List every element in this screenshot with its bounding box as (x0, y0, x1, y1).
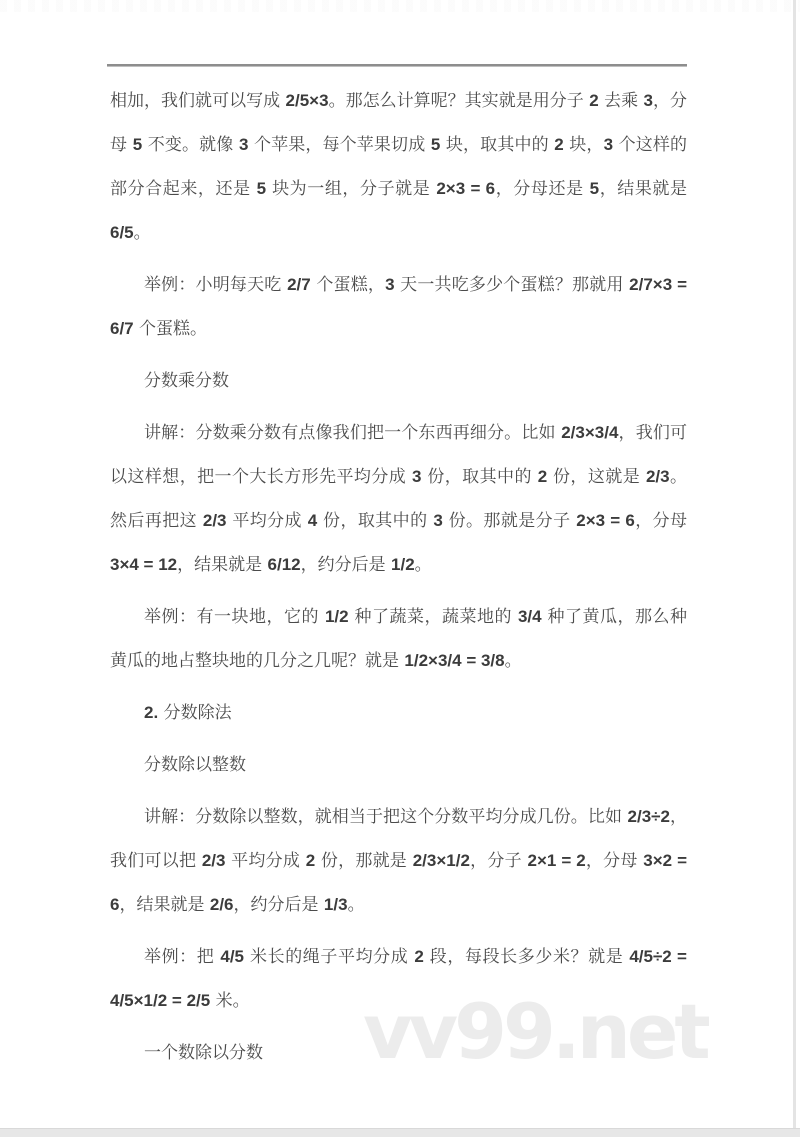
header-rule (107, 64, 687, 67)
watermark-text: vv99.net (363, 994, 707, 1070)
page-top-texture (0, 0, 800, 12)
document-page: 相加，我们就可以写成 2/5×3。那怎么计算呢？其实就是用分子 2 去乘 3，分… (0, 0, 800, 1137)
paragraph-fraction-divided-by-integer-explain: 讲解：分数除以整数，就相当于把这个分数平均分成几份。比如 2/3÷2，我们可以把… (110, 795, 687, 927)
paragraph-fraction-times-fraction-explain: 讲解：分数乘分数有点像我们把一个东西再细分。比如 2/3×3/4，我们可以这样想… (110, 411, 687, 587)
section-heading-fraction-divided-by-integer: 分数除以整数 (110, 743, 687, 787)
paragraph-cake-example: 举例：小明每天吃 2/7 个蛋糕，3 天一共吃多少个蛋糕？那就用 2/7×3 =… (110, 263, 687, 351)
page-right-edge (793, 0, 796, 1128)
section-heading-fraction-division: 2. 分数除法 (110, 691, 687, 735)
document-body: 相加，我们就可以写成 2/5×3。那怎么计算呢？其实就是用分子 2 去乘 3，分… (110, 79, 687, 1083)
paragraph-fraction-times-integer-explain: 相加，我们就可以写成 2/5×3。那怎么计算呢？其实就是用分子 2 去乘 3，分… (110, 79, 687, 255)
page-bottom-edge (0, 1128, 800, 1137)
paragraph-field-example: 举例：有一块地，它的 1/2 种了蔬菜，蔬菜地的 3/4 种了黄瓜，那么种黄瓜的… (110, 595, 687, 683)
section-heading-fraction-times-fraction: 分数乘分数 (110, 359, 687, 403)
